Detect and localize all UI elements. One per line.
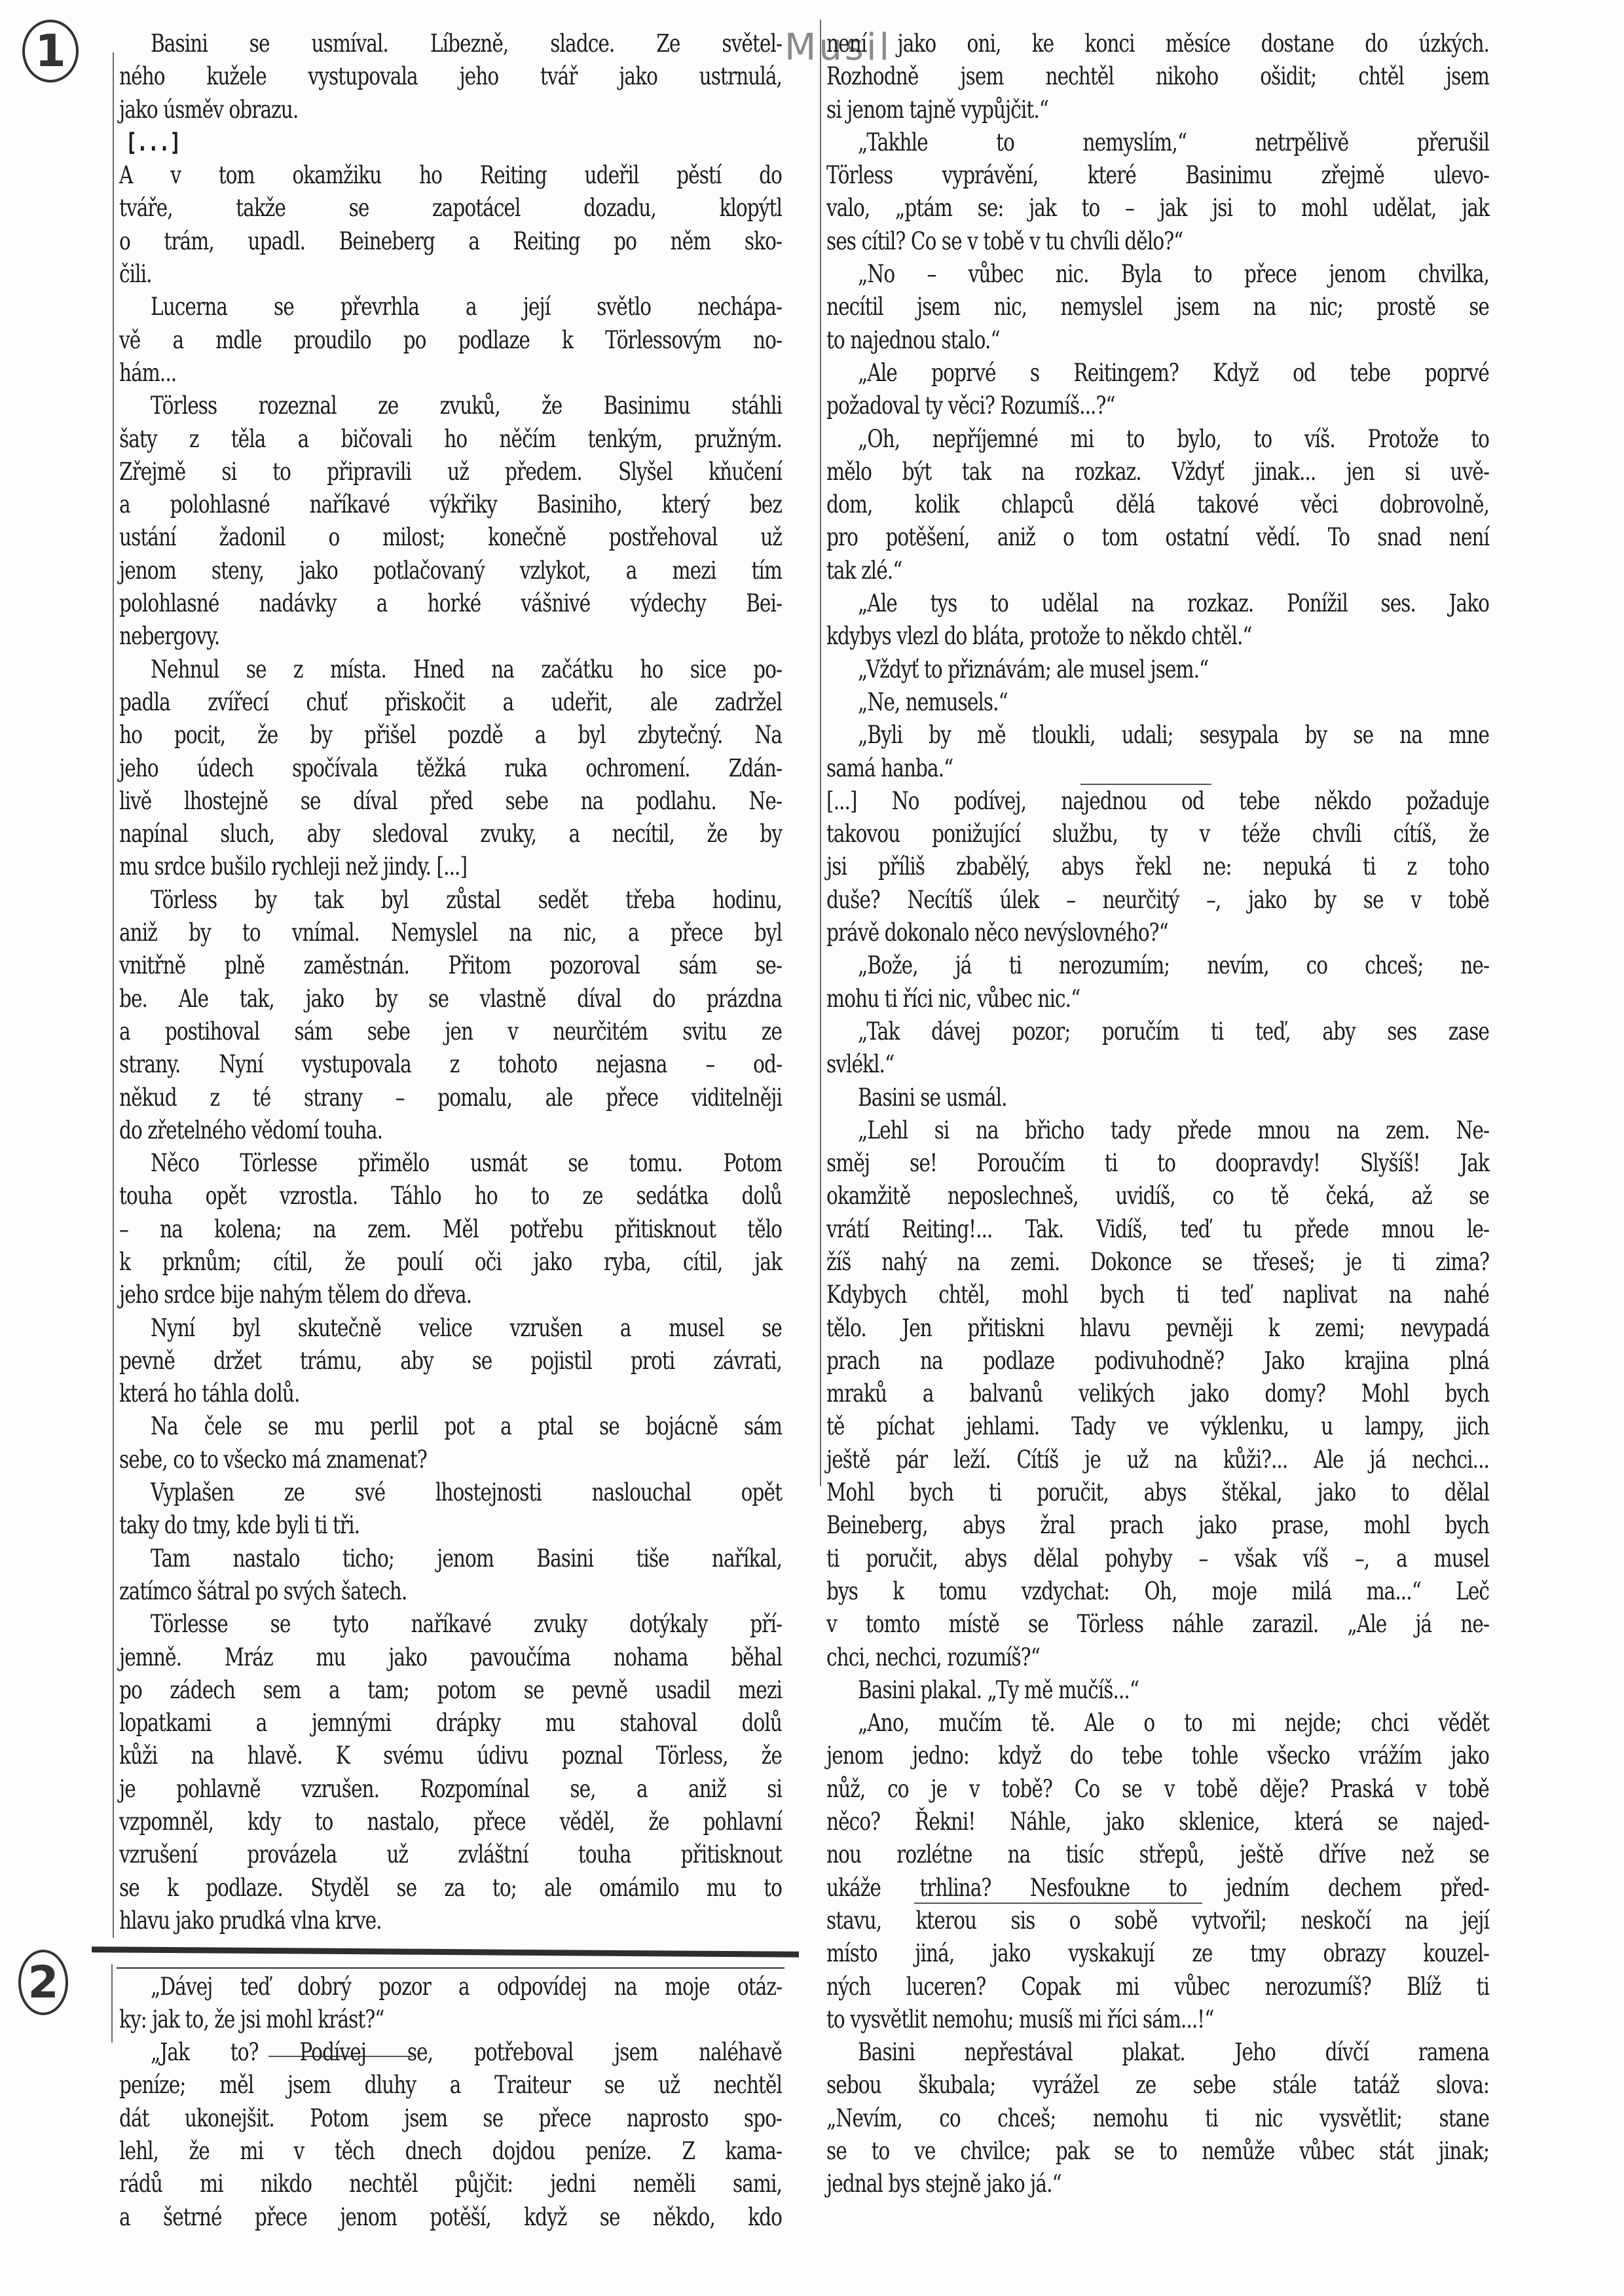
text-line: ses cítil? Co se v tobě v tu chvíli dělo…: [826, 225, 1489, 258]
text-line: polohlasné nadávky a horké vášnivé výdec…: [119, 587, 782, 620]
text-line: „Takhle to nemyslím,“ netrpělivě přeruši…: [826, 126, 1489, 159]
text-line: šaty z těla a bičovali ho něčím tenkým, …: [119, 423, 782, 456]
text-line: mělo být tak na rozkaz. Vždyť jinak... j…: [826, 456, 1489, 488]
text-line: duše? Necítíš úlek – neurčitý –, jako by…: [826, 884, 1489, 917]
section-2-number: 2: [28, 1957, 58, 2009]
text-line: něco? Řekni! Náhle, jako sklenice, která…: [826, 1806, 1489, 1838]
text-line: ky: jak to, že jsi mohl krást?“: [119, 2003, 782, 2036]
text-line: rádů mi nikdo nechtěl půjčit: jedni nemě…: [119, 2168, 782, 2200]
section-1-marker: 1: [22, 20, 79, 82]
text-line: „Byli by mě tloukli, udali; sesypala by …: [826, 719, 1489, 752]
text-line: takovou ponižující službu, ty v téže chv…: [826, 818, 1489, 850]
text-line: ho pocit, že by přišel pozdě a byl zbyte…: [119, 719, 782, 752]
text-line: Něco Törlesse přimělo usmát se tomu. Pot…: [119, 1147, 782, 1180]
text-line: jenom steny, jako potlačovaný vzlykot, a…: [119, 555, 782, 587]
text-line: Törless rozeznal ze zvuků, že Basinimu s…: [119, 390, 782, 422]
text-line: se to ve chvilce; pak se to nemůže vůbec…: [826, 2135, 1489, 2168]
text-line: jsi příliš zbabělý, abys řekl ne: nepuká…: [826, 850, 1489, 883]
text-line: vzrušení provázela už zvláštní touha při…: [119, 1838, 782, 1871]
text-line: padla zvířecí chuť přiskočit a udeřit, a…: [119, 686, 782, 719]
text-line: jeho srdce bije nahým tělem do dřeva.: [119, 1279, 782, 1311]
text-line: livě lhostejně se díval před sebe na pod…: [119, 785, 782, 818]
text-line: ještě pár leží. Cítíš je už na kůži?... …: [826, 1444, 1489, 1476]
text-line: jako úsměv obrazu.: [119, 94, 782, 126]
text-line: peníze; měl jsem dluhy a Traiteur se už …: [119, 2069, 782, 2102]
text-line: Vyplašen ze své lhostejnosti naslouchal …: [119, 1476, 782, 1509]
text-line: necítil jsem nic, nemyslel jsem na nic; …: [826, 291, 1489, 323]
text-line: vnitřně plně zaměstnán. Přitom pozoroval…: [119, 949, 782, 982]
omission-gap: [...]: [119, 126, 788, 159]
text-line: Nyní byl skutečně velice vzrušen a musel…: [119, 1312, 782, 1345]
text-line: „Jak to? Podívej se, potřeboval jsem nal…: [119, 2036, 782, 2069]
text-line: se k podlaze. Styděl se za to; ale omámi…: [119, 1872, 782, 1904]
text-line: to vysvětlit nemohu; musíš mi říci sám..…: [826, 2003, 1489, 2036]
text-line: v tomto místě se Törless náhle zarazil. …: [826, 1608, 1489, 1641]
text-line: „Bože, já ti nerozumím; nevím, co chceš;…: [826, 949, 1489, 982]
text-line: hám...: [119, 357, 782, 390]
text-line: právě dokonalo něco nevýslovného?“: [826, 917, 1489, 949]
text-line: o trám, upadl. Beineberg a Reiting po ně…: [119, 225, 782, 258]
text-line: vzpomněl, kdy to nastalo, přece věděl, ž…: [119, 1806, 782, 1838]
text-line: mraků a balvanů velikých jako domy? Mohl…: [826, 1377, 1489, 1410]
text-line: vrátí Reiting!... Tak. Vidíš, teď tu pře…: [826, 1213, 1489, 1246]
text-line: A v tom okamžiku ho Reiting udeřil pěstí…: [119, 159, 782, 192]
text-line: to najednou stalo.“: [826, 324, 1489, 357]
text-line: [...] No podívej, najednou od tebe někdo…: [826, 785, 1489, 818]
text-line: okamžitě neposlechneš, uvidíš, co tě ček…: [826, 1180, 1489, 1212]
text-line: tě píchat jehlami. Tady ve výklenku, u l…: [826, 1410, 1489, 1443]
text-line: sebou škubala; vyrážel ze sebe stále tat…: [826, 2069, 1489, 2102]
text-line: Basini se usmál.: [826, 1082, 1489, 1114]
text-line: „Ano, mučím tě. Ale o to mi nejde; chci …: [826, 1707, 1489, 1740]
text-line: Kdybych chtěl, mohl bych ti teď naplivat…: [826, 1279, 1489, 1311]
text-line: mu srdce bušilo rychleji než jindy. [...…: [119, 850, 782, 883]
text-line: „Ne, nemusels.“: [826, 686, 1489, 719]
text-line: a polohlasné naříkavé výkřiky Basiniho, …: [119, 488, 782, 521]
text-line: si jenom tajně vypůjčit.“: [826, 94, 1489, 126]
text-line: do zřetelného vědomí touha.: [119, 1114, 782, 1147]
text-line: Tam nastalo ticho; jenom Basini tiše nař…: [119, 1542, 782, 1575]
text-line: bys k tomu vzdychat: Oh, moje milá ma...…: [826, 1575, 1489, 1608]
text-line: která ho táhla dolů.: [119, 1377, 782, 1410]
text-line: „Ale poprvé s Reitingem? Když od tebe po…: [826, 357, 1489, 390]
text-line: nůž, co je v tobě? Co se v tobě děje? Pr…: [826, 1773, 1489, 1806]
text-line: požadoval ty věci? Rozumíš...?“: [826, 390, 1489, 422]
section-1-number: 1: [35, 26, 65, 77]
text-line: někud z té strany – pomalu, ale přece vi…: [119, 1082, 782, 1114]
text-line: tělo. Jen přitiskni hlavu pevněji k zemi…: [826, 1312, 1489, 1345]
text-line: – na kolena; na zem. Měl potřebu přitisk…: [119, 1213, 782, 1246]
text-line: chci, nechci, rozumíš?“: [826, 1641, 1489, 1674]
section-2-marker: 2: [18, 1950, 68, 2015]
text-line: Mohl bych ti poručit, abys štěkal, jako …: [826, 1476, 1489, 1509]
text-line: místo jiná, jako vyskakují ze tmy obrazy…: [826, 1937, 1489, 1970]
text-line: po zádech sem a tam; potom se pevně usad…: [119, 1674, 782, 1707]
text-line: „Ale tys to udělal na rozkaz. Ponížil se…: [826, 587, 1489, 620]
text-line: nou rozlétne na tisíc střepů, ještě dřív…: [826, 1838, 1489, 1871]
text-line: „Dávej teď dobrý pozor a odpovídej na mo…: [119, 1971, 782, 2003]
left-margin-rule-section-2: [111, 1964, 113, 2043]
text-line: nebergovy.: [119, 620, 782, 653]
text-line: prach na podlaze podivuhodně? Jako kraji…: [826, 1345, 1489, 1377]
text-line: Basini nepřestával plakat. Jeho dívčí ra…: [826, 2036, 1489, 2069]
text-line: čili.: [119, 258, 782, 291]
text-line: svlékl.“: [826, 1048, 1489, 1081]
left-margin-rule: [113, 52, 114, 1938]
omission-gap: [119, 1937, 782, 1970]
text-line: „Nevím, co chceš; nemohu ti nic vysvětli…: [826, 2102, 1489, 2135]
text-line: žíš nahý na zemi. Dokonce se třeseš; je …: [826, 1246, 1489, 1279]
text-line: sebe, co to všecko má znamenat?: [119, 1444, 782, 1476]
text-line: valo, „ptám se: jak to – jak jsi to mohl…: [826, 192, 1489, 225]
text-line: k prknům; cítil, že poulí oči jako ryba,…: [119, 1246, 782, 1279]
text-line: Rozhodně jsem nechtěl nikoho ošidit; cht…: [826, 60, 1489, 93]
text-line: jeho údech spočívala těžká ruka ochromen…: [119, 752, 782, 785]
text-line: tak zlé.“: [826, 555, 1489, 587]
text-line: ti poručit, abys dělal pohyby – však víš…: [826, 1542, 1489, 1575]
text-line: tváře, takže se zapotácel dozadu, klopýt…: [119, 192, 782, 225]
text-line: Beineberg, abys žral prach jako prase, m…: [826, 1509, 1489, 1542]
text-line: „Oh, nepříjemné mi to bylo, to víš. Prot…: [826, 423, 1489, 456]
text-line: Törless vyprávění, které Basinimu zřejmě…: [826, 159, 1489, 192]
text-line: „No – vůbec nic. Byla to přece jenom chv…: [826, 258, 1489, 291]
text-line: ukáže trhlina? Nesfoukne to jedním deche…: [826, 1872, 1489, 1904]
text-line: je pohlavně vzrušen. Rozpomínal se, a an…: [119, 1773, 782, 1806]
text-line: lehl, že mi v těch dnech dojdou peníze. …: [119, 2135, 782, 2168]
text-line: „Lehl si na břicho tady přede mnou na ze…: [826, 1114, 1489, 1147]
text-line: Zřejmě si to připravili už předem. Slyše…: [119, 456, 782, 488]
right-text-column: není jako oni, ke konci měsíce dostane d…: [826, 27, 1489, 2201]
text-line: be. Ale tak, jako by se vlastně díval do…: [119, 983, 782, 1015]
text-line: kdybys vlezl do bláta, protože to někdo …: [826, 620, 1489, 653]
text-line: taky do tmy, kde byli ti tři.: [119, 1509, 782, 1542]
text-line: dom, kolik chlapců dělá takové věci dobr…: [826, 488, 1489, 521]
text-line: Nehnul se z místa. Hned na začátku ho si…: [119, 653, 782, 686]
text-line: vě a mdle proudilo po podlaze k Törlesso…: [119, 324, 782, 357]
text-line: pro potěšení, aniž o tom ostatní vědí. T…: [826, 521, 1489, 554]
text-line: Basini plakal. „Ty mě mučíš...“: [826, 1674, 1489, 1707]
text-line: Basini se usmíval. Líbezně, sladce. Ze s…: [119, 27, 782, 60]
text-line: a postihoval sám sebe jen v neurčitém sv…: [119, 1015, 782, 1048]
text-line: napínal sluch, aby sledoval zvuky, a nec…: [119, 818, 782, 850]
text-line: ných luceren? Copak mi vůbec nerozumíš? …: [826, 1971, 1489, 2003]
text-line: dát ukonejšit. Potom jsem se přece napro…: [119, 2102, 782, 2135]
text-line: aniž by to vnímal. Nemyslel na nic, a př…: [119, 917, 782, 949]
text-line: není jako oni, ke konci měsíce dostane d…: [826, 27, 1489, 60]
scanned-page: 1 Musil 2 Basini se usmíval. Líbezně, sl…: [0, 0, 1624, 2296]
text-line: lopatkami a jemnými drápky mu stahoval d…: [119, 1707, 782, 1740]
text-line: mohu ti říci nic, vůbec nic.“: [826, 983, 1489, 1015]
text-line: Lucerna se převrhla a její světlo necháp…: [119, 291, 782, 323]
text-line: a šetrné přece jenom potěší, když se něk…: [119, 2201, 782, 2234]
text-line: „Vždyť to přiznávám; ale musel jsem.“: [826, 653, 1489, 686]
text-line: ustání žadonil o milost; konečně postřeh…: [119, 521, 782, 554]
text-line: jenom jedno: když do tebe tohle všecko v…: [826, 1740, 1489, 1772]
text-line: stavu, kterou sis o sobě vytvořil; nesko…: [826, 1904, 1489, 1937]
text-line: jednal bys stejně jako já.“: [826, 2168, 1489, 2200]
text-line: kůži na hlavě. K svému údivu poznal Törl…: [119, 1740, 782, 1772]
text-line: pevně držet trámu, aby se pojistil proti…: [119, 1345, 782, 1377]
left-text-column: Basini se usmíval. Líbezně, sladce. Ze s…: [119, 27, 782, 2234]
text-line: hlavu jako prudká vlna krve.: [119, 1904, 782, 1937]
text-line: jemně. Mráz mu jako pavoučíma nohama běh…: [119, 1641, 782, 1674]
text-line: směj se! Poroučím ti to doopravdy! Slyší…: [826, 1147, 1489, 1180]
text-line: Törless by tak byl zůstal sedět třeba ho…: [119, 884, 782, 917]
text-line: ného kužele vystupovala jeho tvář jako u…: [119, 60, 782, 93]
text-line: strany. Nyní vystupovala z tohoto nejasn…: [119, 1048, 782, 1081]
right-margin-rule: [820, 20, 821, 1486]
text-line: „Tak dávej pozor; poručím ti teď, aby se…: [826, 1015, 1489, 1048]
text-line: touha opět vzrostla. Táhlo ho to ze sedá…: [119, 1180, 782, 1212]
text-line: samá hanba.“: [826, 752, 1489, 785]
text-line: Törlesse se tyto naříkavé zvuky dotýkaly…: [119, 1608, 782, 1641]
text-line: Na čele se mu perlil pot a ptal se bojác…: [119, 1410, 782, 1443]
text-line: zatímco šátral po svých šatech.: [119, 1575, 782, 1608]
